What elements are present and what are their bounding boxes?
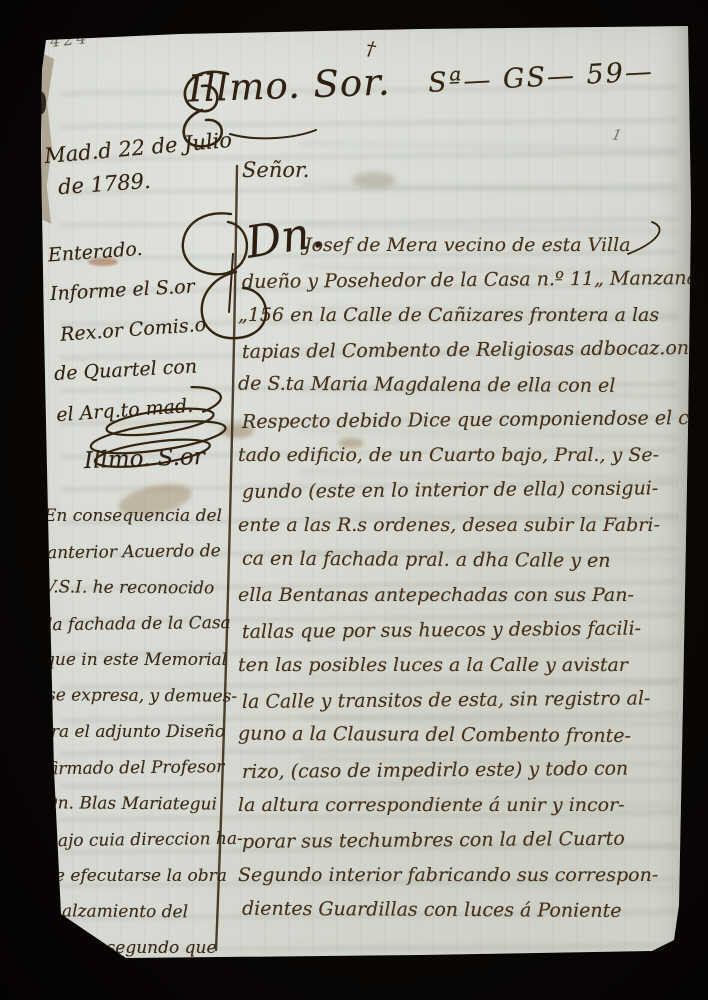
manuscript-page: 424 † Illmo. Sor. Sª— GS— 59— 1 Mad.d 22… <box>0 0 708 1000</box>
scan-vignette <box>0 0 708 1000</box>
scan-background: 424 † Illmo. Sor. Sª— GS— 59— 1 Mad.d 22… <box>0 0 708 1000</box>
